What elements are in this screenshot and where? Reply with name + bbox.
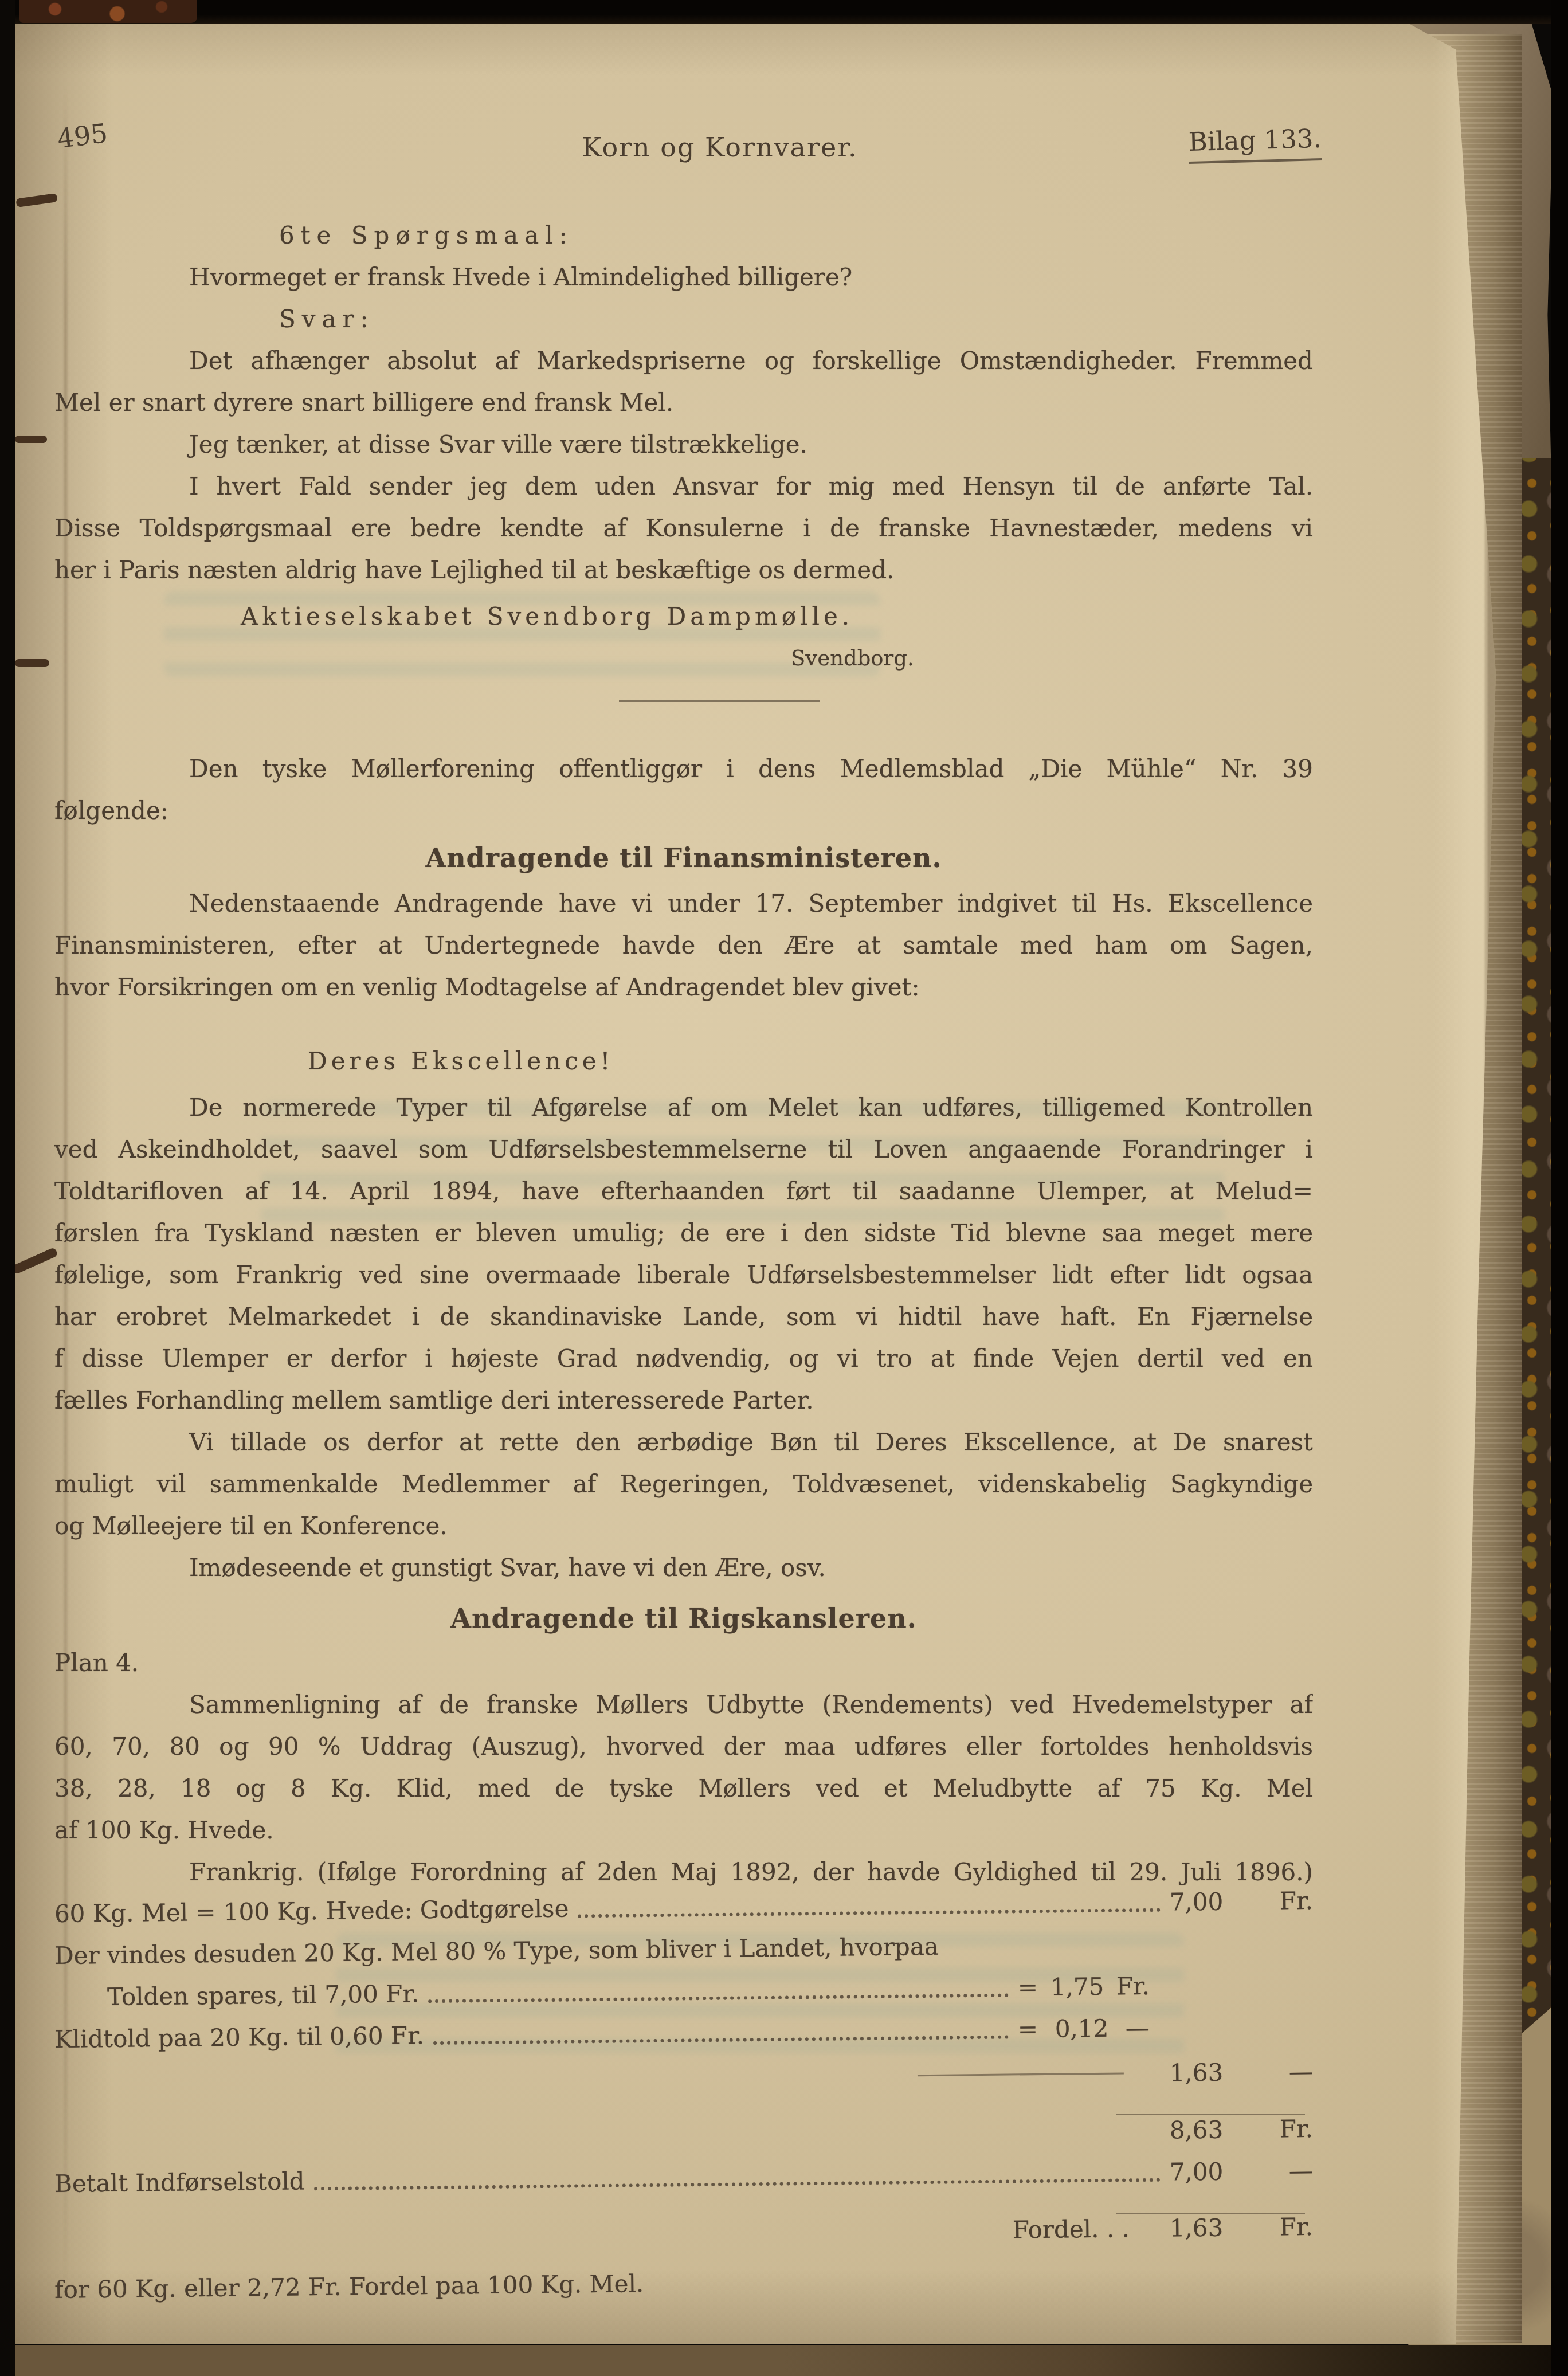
ledger-label: Fordel. . . — [1012, 2208, 1130, 2250]
text-line: 38, 28, 18 og 8 Kg. Klid, med de tyske M… — [54, 1767, 1313, 1809]
annex-label: Bilag 133. — [1188, 123, 1322, 164]
stitch-mark — [15, 193, 57, 207]
text-line: Andragende til Rigskansleren. — [54, 1598, 1313, 1640]
ledger-value: = 1,75 Fr. — [1018, 1965, 1150, 2008]
book-bottom-edge — [0, 2345, 1568, 2376]
text-line: Nedenstaaende Andragende have vi under 1… — [54, 883, 1313, 924]
cover-top-edge — [19, 0, 197, 23]
text-line: Imødeseende et gunstigt Svar, have vi de… — [54, 1547, 1313, 1589]
text-line: I hvert Fald sender jeg dem uden Ansvar … — [54, 465, 1313, 507]
text-line: Aktieselskabet Svendborg Dampmølle. — [54, 595, 1313, 637]
text-line: følelige, som Frankrig ved sine overmaad… — [54, 1254, 1313, 1296]
text-line: Den tyske Møllerforening offentliggør i … — [54, 748, 1313, 790]
ledger-label: Tolden spares, til 7,00 Fr. — [54, 1973, 420, 2018]
text-line: Svendborg. — [54, 637, 1313, 679]
text-line: 60, 70, 80 og 90 % Uddrag (Auszug), hvor… — [54, 1726, 1313, 1767]
text-line: ved Askeindholdet, saavel som Udførselsb… — [54, 1128, 1313, 1170]
text-line: Hvormeget er fransk Hvede i Almindelighe… — [54, 256, 1313, 298]
text-line: for 60 Kg. eller 2,72 Fr. Fordel paa 100… — [54, 2256, 1314, 2311]
ledger-label: Betalt Indførselstold — [54, 2160, 305, 2205]
ledger-row: 1,63 — — [54, 2050, 1314, 2106]
divider-rule — [619, 700, 820, 702]
text-column: 6te Spørgsmaal:Hvormeget er fransk Hvede… — [54, 214, 1313, 2311]
text-line: har erobret Melmarkedet i de skandinavis… — [54, 1296, 1313, 1338]
ledger-row: Fordel. . .1,63 Fr. — [54, 2206, 1314, 2261]
text-line: De normerede Typer til Afgørelse af om M… — [54, 1087, 1313, 1128]
text-line: muligt vil sammenkalde Medlemmer af Rege… — [54, 1463, 1313, 1505]
ledger-value: 1,63 — — [1170, 2050, 1314, 2094]
page: 495 Korn og Kornvarer. Bilag 133. 6te Sp… — [15, 24, 1496, 2344]
ledger-label: Klidtold paa 20 Kg. til 0,60 Fr. — [54, 2014, 425, 2060]
book-scan: { "page": { "number": "495", "running_ti… — [0, 0, 1568, 2376]
text-line: fælles Forhandling mellem samtlige deri … — [54, 1379, 1313, 1421]
scan-left-edge — [0, 0, 15, 2376]
text-line: Vi tillade os derfor at rette den ærbødi… — [54, 1421, 1313, 1463]
running-title: Korn og Kornvarer. — [582, 132, 857, 163]
ledger-value: 1,63 Fr. — [1170, 2206, 1314, 2249]
ledger-value: 7,00 — — [1170, 2150, 1314, 2193]
dotted-leader — [428, 1994, 1009, 2003]
stitch-mark — [11, 1247, 58, 1275]
text-line: hvor Forsikringen om en venlig Modtagels… — [54, 966, 1313, 1008]
text-line: Sammenligning af de franske Møllers Udby… — [54, 1684, 1313, 1726]
text-line: 6te Spørgsmaal: — [54, 214, 1313, 256]
text-line: Svar: — [54, 298, 1313, 340]
text-line: af 100 Kg. Hvede. — [54, 1809, 1313, 1851]
stitch-mark — [15, 659, 49, 667]
text-line: Andragende til Finansministeren. — [54, 837, 1313, 879]
text-line: Disse Toldspørgsmaal ere bedre kendte af… — [54, 507, 1313, 549]
dotted-leader — [314, 2178, 1161, 2190]
dotted-leader — [433, 2036, 1009, 2045]
text-line: Mel er snart dyrere snart billigere end … — [54, 382, 1313, 424]
scan-top-edge — [0, 0, 1568, 24]
text-line: og Mølleejere til en Konference. — [54, 1505, 1313, 1547]
text-line: Deres Ekscellence! — [54, 1040, 1313, 1082]
text-line: Jeg tænker, at disse Svar ville være til… — [54, 424, 1313, 465]
text-line: følgende: — [54, 790, 1313, 832]
text-line: Plan 4. — [54, 1642, 1313, 1684]
ledger-value: 8,63 Fr. — [1170, 2108, 1314, 2151]
ledger-value: = 0,12 — — [1018, 2007, 1150, 2050]
text-line: Toldtarifloven af 14. April 1894, have e… — [54, 1170, 1313, 1212]
ledger-label: 60 Kg. Mel = 100 Kg. Hvede: Godtgørelse — [54, 1888, 569, 1935]
text-line: f disse Ulemper er derfor i højeste Grad… — [54, 1338, 1313, 1379]
text-line: Finansministeren, efter at Undertegnede … — [54, 924, 1313, 966]
ledger-value: 7,00 Fr. — [1170, 1880, 1314, 1923]
text-line: Det afhænger absolut af Markedspriserne … — [54, 340, 1313, 382]
page-number: 495 — [56, 117, 109, 154]
dotted-leader — [578, 1908, 1161, 1918]
text-line: her i Paris næsten aldrig have Lejlighed… — [54, 549, 1313, 591]
text-line: førslen fra Tyskland næsten er bleven um… — [54, 1212, 1313, 1254]
stitch-mark — [15, 436, 47, 443]
sum-rule — [918, 2072, 1124, 2076]
scan-right-edge — [1551, 0, 1568, 2376]
